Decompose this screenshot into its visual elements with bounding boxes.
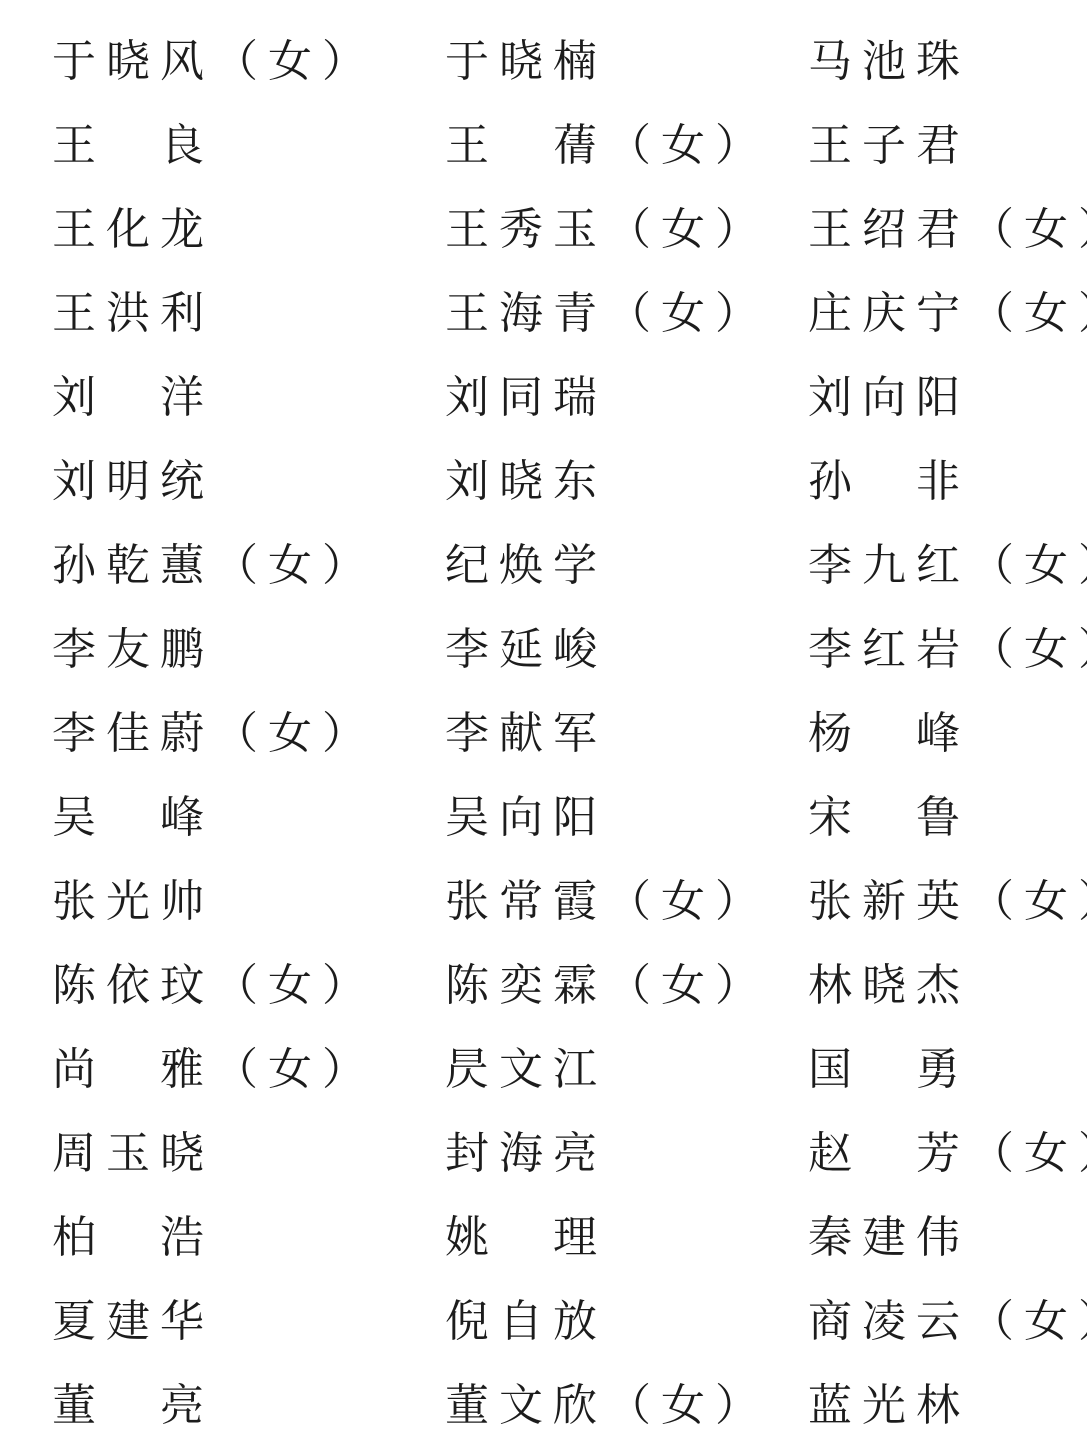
name-entry: 王 良 xyxy=(52,124,445,168)
name-entry: 王海青（女） xyxy=(445,292,808,336)
name-entry: 周玉晓 xyxy=(52,1132,445,1176)
document-page: 于晓风（女）于晓楠马池珠王 良王 蒨（女）王子君王化龙王秀玉（女）王绍君（女）王… xyxy=(0,0,1087,1449)
name-entry: 李红岩（女） xyxy=(808,628,1087,672)
name-entry: 商凌云（女） xyxy=(808,1300,1087,1344)
name-entry: 刘晓东 xyxy=(445,460,808,504)
name-entry: 宋 鲁 xyxy=(808,796,1087,840)
name-entry: 陈依玟（女） xyxy=(52,964,445,1008)
name-row: 王 良王 蒨（女）王子君 xyxy=(0,104,1087,188)
name-entry: 国 勇 xyxy=(808,1048,1087,1092)
name-entry: 纪焕学 xyxy=(445,544,808,588)
name-entry: 秦建伟 xyxy=(808,1216,1087,1260)
name-entry: 李九红（女） xyxy=(808,544,1087,588)
name-entry: 李佳蔚（女） xyxy=(52,712,445,756)
name-entry: 杨 峰 xyxy=(808,712,1087,756)
name-entry: 尚 雅（女） xyxy=(52,1048,445,1092)
name-row: 张光帅张常霞（女）张新英（女） xyxy=(0,860,1087,944)
name-entry: 王绍君（女） xyxy=(808,208,1087,252)
name-entry: 王化龙 xyxy=(52,208,445,252)
name-entry: 孙 非 xyxy=(808,460,1087,504)
name-entry: 林晓杰 xyxy=(808,964,1087,1008)
name-row: 孙乾蕙（女）纪焕学李九红（女） xyxy=(0,524,1087,608)
name-entry: 张光帅 xyxy=(52,880,445,924)
name-entry: 倪自放 xyxy=(445,1300,808,1344)
name-entry: 昃文江 xyxy=(445,1048,808,1092)
name-entry: 封海亮 xyxy=(445,1132,808,1176)
name-row: 王洪利王海青（女）庄庆宁（女） xyxy=(0,272,1087,356)
name-entry: 张常霞（女） xyxy=(445,880,808,924)
name-entry: 刘 洋 xyxy=(52,376,445,420)
name-entry: 李友鹏 xyxy=(52,628,445,672)
name-entry: 王 蒨（女） xyxy=(445,124,808,168)
name-row: 李友鹏李延峻李红岩（女） xyxy=(0,608,1087,692)
name-entry: 庄庆宁（女） xyxy=(808,292,1087,336)
name-row: 董 亮董文欣（女）蓝光林 xyxy=(0,1364,1087,1448)
name-entry: 吴向阳 xyxy=(445,796,808,840)
name-row: 刘明统刘晓东孙 非 xyxy=(0,440,1087,524)
name-list: 于晓风（女）于晓楠马池珠王 良王 蒨（女）王子君王化龙王秀玉（女）王绍君（女）王… xyxy=(0,20,1087,1448)
name-entry: 张新英（女） xyxy=(808,880,1087,924)
name-row: 周玉晓封海亮赵 芳（女） xyxy=(0,1112,1087,1196)
name-row: 刘 洋刘同瑞刘向阳 xyxy=(0,356,1087,440)
name-entry: 吴 峰 xyxy=(52,796,445,840)
name-entry: 董 亮 xyxy=(52,1384,445,1428)
name-entry: 刘明统 xyxy=(52,460,445,504)
name-row: 柏 浩姚 理秦建伟 xyxy=(0,1196,1087,1280)
name-row: 陈依玟（女）陈奕霖（女）林晓杰 xyxy=(0,944,1087,1028)
name-row: 吴 峰吴向阳宋 鲁 xyxy=(0,776,1087,860)
name-entry: 王子君 xyxy=(808,124,1087,168)
name-entry: 赵 芳（女） xyxy=(808,1132,1087,1176)
name-entry: 董文欣（女） xyxy=(445,1384,808,1428)
name-entry: 刘向阳 xyxy=(808,376,1087,420)
name-entry: 王秀玉（女） xyxy=(445,208,808,252)
name-entry: 姚 理 xyxy=(445,1216,808,1260)
name-entry: 李延峻 xyxy=(445,628,808,672)
name-entry: 柏 浩 xyxy=(52,1216,445,1260)
name-row: 尚 雅（女）昃文江国 勇 xyxy=(0,1028,1087,1112)
name-entry: 夏建华 xyxy=(52,1300,445,1344)
name-row: 王化龙王秀玉（女）王绍君（女） xyxy=(0,188,1087,272)
name-entry: 李献军 xyxy=(445,712,808,756)
name-entry: 王洪利 xyxy=(52,292,445,336)
name-row: 于晓风（女）于晓楠马池珠 xyxy=(0,20,1087,104)
name-entry: 于晓风（女） xyxy=(52,40,445,84)
name-row: 夏建华倪自放商凌云（女） xyxy=(0,1280,1087,1364)
name-entry: 刘同瑞 xyxy=(445,376,808,420)
name-entry: 蓝光林 xyxy=(808,1384,1087,1428)
name-row: 李佳蔚（女）李献军杨 峰 xyxy=(0,692,1087,776)
name-entry: 孙乾蕙（女） xyxy=(52,544,445,588)
name-entry: 于晓楠 xyxy=(445,40,808,84)
name-entry: 陈奕霖（女） xyxy=(445,964,808,1008)
name-entry: 马池珠 xyxy=(808,40,1087,84)
